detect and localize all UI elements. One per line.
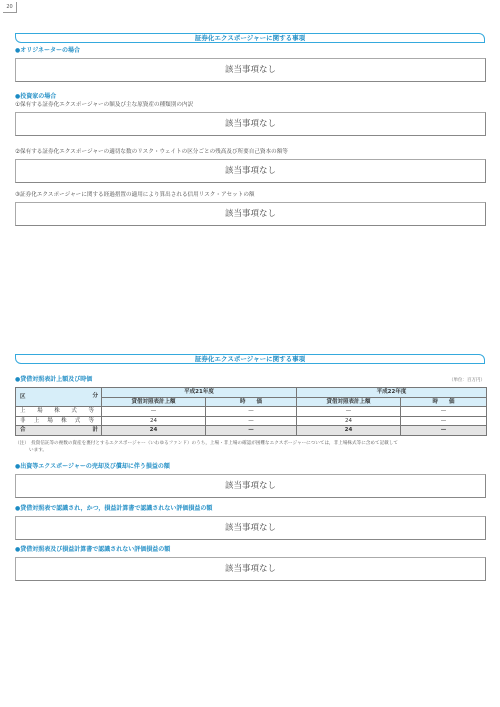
bs-recognized-heading: ●貸借対照表で認識され，かつ，損益計算書で認識されない評価損益の額 — [15, 505, 212, 513]
cell: 24 — [102, 416, 206, 426]
note-line-2: います。 — [15, 447, 486, 454]
sale-writeoff-value-box: 該当事項なし — [15, 474, 486, 498]
row-label: 上場株式等 — [16, 407, 102, 417]
row-label: 非上場株式等 — [16, 416, 102, 426]
total-label: 合 計 — [16, 426, 102, 436]
col-h22-market-value: 時 価 — [401, 397, 487, 407]
page-number: 20 — [3, 2, 17, 13]
cell: — — [206, 426, 297, 436]
cell: 24 — [297, 416, 401, 426]
cell: 24 — [102, 426, 206, 436]
not-recognized-heading: ●貸借対照表及び損益計算書で認識されない評価損益の額 — [15, 546, 170, 554]
section-title: 証券化エクスポージャーに関する事項 — [16, 355, 484, 363]
table-heading: ●貸借対照表計上額及び時価 — [15, 376, 92, 384]
section-band-securitization-2: 証券化エクスポージャーに関する事項 — [15, 354, 485, 364]
table-total-row: 合 計 24 — 24 — — [16, 426, 487, 436]
cell: — — [401, 416, 487, 426]
investor-item-3-label: ③証券化エクスポージャーに関する経過措置の適用により算出される信用リスク・アセッ… — [15, 191, 255, 199]
cell: — — [102, 407, 206, 417]
cell: 24 — [297, 426, 401, 436]
investor-item-2-value-box: 該当事項なし — [15, 159, 486, 183]
section-title: 証券化エクスポージャーに関する事項 — [16, 34, 484, 42]
cell: — — [206, 416, 297, 426]
investor-item-1-value-box: 該当事項なし — [15, 112, 486, 136]
cell: — — [206, 407, 297, 417]
col-h22-book-value: 貸借対照表計上額 — [297, 397, 401, 407]
cell: — — [401, 407, 487, 417]
cell: — — [297, 407, 401, 417]
investor-item-2-label: ②保有する証券化エクスポージャーの適切な数のリスク・ウェイトの区分ごとの残高及び… — [15, 148, 288, 156]
col-h21-book-value: 貸借対照表計上額 — [102, 397, 206, 407]
investor-heading: ●投資家の場合 — [15, 93, 56, 101]
not-recognized-value-box: 該当事項なし — [15, 557, 486, 581]
table-row: 非上場株式等 24 — 24 — — [16, 416, 487, 426]
balance-sheet-table: 区 分 平成21年度 平成22年度 貸借対照表計上額 時 価 貸借対照表計上額 … — [15, 387, 487, 436]
kubun-left: 区 — [20, 394, 26, 400]
investor-item-3-value-box: 該当事項なし — [15, 202, 486, 226]
note-line-1: （注） 投資信託等の複数の資産を裏付とするエクスポージャー（いわゆるファンド）の… — [15, 441, 398, 446]
kubun-header: 区 分 — [16, 388, 102, 407]
cell: — — [401, 426, 487, 436]
total-left: 合 — [20, 427, 26, 433]
table-row: 上場株式等 — — — — — [16, 407, 487, 417]
originator-heading: ●オリジネーターの場合 — [15, 47, 80, 55]
unit-label: （単位：百万円） — [449, 377, 485, 384]
year-h21-header: 平成21年度 — [102, 388, 297, 398]
col-h21-market-value: 時 価 — [206, 397, 297, 407]
year-h22-header: 平成22年度 — [297, 388, 487, 398]
section-band-securitization-1: 証券化エクスポージャーに関する事項 — [15, 33, 485, 43]
table-header-row-years: 区 分 平成21年度 平成22年度 — [16, 388, 487, 398]
kubun-right: 分 — [92, 392, 98, 400]
investor-item-1-label: ①保有する証券化エクスポージャーの額及び主な原資産の種類別の内訳 — [15, 101, 193, 109]
sale-writeoff-heading: ●出資等エクスポージャーの売却及び償却に伴う損益の額 — [15, 463, 170, 471]
table-note: （注） 投資信託等の複数の資産を裏付とするエクスポージャー（いわゆるファンド）の… — [15, 440, 486, 454]
total-right: 計 — [92, 426, 98, 434]
bs-recognized-value-box: 該当事項なし — [15, 516, 486, 540]
originator-value-box: 該当事項なし — [15, 58, 486, 82]
